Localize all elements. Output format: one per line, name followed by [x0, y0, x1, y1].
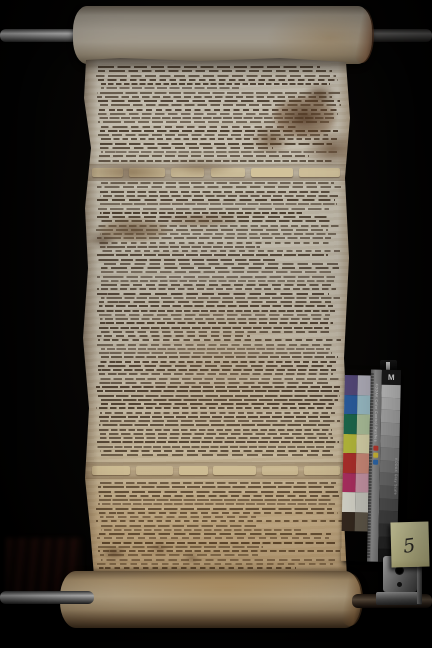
color-patch-row	[342, 492, 368, 512]
color-patch	[357, 414, 370, 434]
manuscript-text-block-2	[96, 182, 342, 458]
manuscript-text-line	[99, 352, 332, 354]
seam-repair-tab	[136, 466, 173, 475]
manuscript-text-line	[97, 199, 335, 201]
gray-scale-label: KODAK Gray Scale	[393, 458, 398, 495]
manuscript-text-line	[100, 280, 335, 282]
gray-step	[381, 410, 400, 423]
color-patch-row	[342, 511, 368, 531]
color-patch-row	[343, 433, 369, 453]
manuscript-text-line	[101, 348, 330, 350]
manuscript-text-line	[100, 525, 258, 527]
manuscript-text-line	[98, 331, 329, 333]
manuscript-text-line	[98, 503, 335, 505]
registration-dot	[373, 453, 378, 458]
manuscript-text-line	[99, 138, 338, 140]
manuscript-text-line	[100, 318, 329, 320]
manuscript-text-line	[97, 186, 341, 188]
manuscript-text-line	[97, 237, 331, 239]
manuscript-text-line	[97, 109, 338, 111]
seam-repair-tab	[92, 168, 123, 177]
manuscript-text-line	[100, 191, 332, 193]
color-patch	[342, 511, 355, 531]
seam-repair-tab	[129, 168, 165, 177]
manuscript-text-line	[99, 155, 309, 157]
color-patch-row	[342, 472, 368, 492]
color-patch	[355, 512, 368, 532]
manuscript-text-line	[99, 314, 330, 316]
manuscript-text-line	[100, 220, 331, 222]
manuscript-text-line	[98, 70, 332, 72]
registration-dot	[373, 446, 378, 451]
manuscript-text-line	[99, 361, 337, 363]
manuscript-text-line	[96, 229, 328, 231]
manuscript-text-line	[101, 542, 336, 544]
gray-step	[381, 385, 400, 398]
manuscript-text-line	[100, 246, 260, 248]
manuscript-text-line	[99, 382, 331, 384]
manuscript-text-line	[96, 386, 340, 388]
manuscript-text-line	[97, 288, 336, 290]
manuscript-text-line	[99, 429, 332, 431]
manuscript-text-line	[100, 412, 335, 414]
manuscript-text-line	[98, 369, 336, 371]
color-chart-label: KODAK Color Control Patches	[373, 384, 378, 442]
manuscript-text-block-3	[96, 482, 342, 571]
manuscript-text-line	[100, 482, 336, 484]
manuscript-text-line	[97, 491, 340, 493]
manuscript-text-line	[96, 407, 332, 409]
manuscript-text-line	[101, 151, 337, 153]
gray-step	[381, 397, 400, 410]
manuscript-text-line	[100, 516, 256, 518]
manuscript-text-line	[100, 143, 332, 145]
manuscript-text-line	[98, 121, 329, 123]
manuscript-text-line	[97, 563, 333, 565]
color-patch	[344, 375, 357, 395]
manuscript-text-line	[98, 113, 338, 115]
manuscript-text-line	[101, 356, 338, 358]
manuscript-text-block-1	[96, 66, 342, 164]
manuscript-text-line	[99, 327, 329, 329]
manuscript-text-line	[98, 79, 338, 81]
manuscript-text-line	[97, 96, 332, 98]
manuscript-text-line	[101, 559, 335, 561]
seam-repair-tab	[213, 466, 256, 475]
sticky-note-number: 5	[402, 534, 417, 557]
manuscript-text-line	[99, 301, 331, 303]
manuscript-text-line	[100, 104, 341, 106]
manuscript-text-line	[100, 233, 336, 235]
manuscript-text-line	[101, 399, 338, 401]
color-patch	[343, 433, 356, 453]
manuscript-text-line	[99, 305, 333, 307]
color-patch	[357, 375, 370, 395]
manuscript-text-line	[100, 195, 338, 197]
manuscript-text-line	[101, 403, 334, 405]
roll-end-cap	[350, 7, 374, 63]
color-patch	[355, 473, 368, 493]
manuscript-text-line	[99, 454, 335, 456]
color-patch	[344, 394, 357, 414]
scroll-roll-bottom	[60, 571, 361, 628]
manuscript-text-line	[97, 225, 340, 227]
manuscript-text-line	[97, 335, 250, 337]
manuscript-text-line	[97, 293, 329, 295]
manuscript-text-line	[97, 537, 329, 539]
manuscript-text-line	[99, 495, 339, 497]
manuscript-text-line	[100, 433, 332, 435]
manuscript-text-line	[99, 512, 338, 514]
manuscript-text-line	[101, 182, 334, 184]
seam-repair-tab	[304, 466, 340, 475]
manuscript-text-line	[96, 520, 342, 522]
manuscript-text-line	[97, 254, 328, 256]
manuscript-text-line	[98, 546, 263, 548]
manuscript-text-line	[100, 420, 340, 422]
manuscript-text-line	[97, 446, 335, 448]
clamp-hole-small	[397, 582, 402, 587]
manuscript-text-line	[98, 416, 331, 418]
manuscript-text-line	[101, 83, 330, 85]
manuscript-text-line	[100, 271, 333, 273]
color-patch	[343, 453, 356, 473]
membrane-seam-1	[82, 164, 350, 181]
manuscript-text-line	[100, 554, 258, 556]
manuscript-text-line	[98, 117, 334, 119]
manuscript-text-line	[96, 508, 332, 510]
manuscript-text-line	[101, 267, 339, 269]
manuscript-text-line	[98, 242, 331, 244]
color-patch	[344, 414, 357, 434]
registration-dots	[373, 446, 378, 465]
manuscript-text-line	[98, 134, 328, 136]
manuscript-text-line	[98, 550, 340, 552]
manuscript-text-line	[97, 259, 276, 261]
color-patch-grid	[342, 375, 371, 532]
color-patch	[356, 453, 369, 473]
seam-repair-tab	[299, 168, 340, 177]
seam-repair-tab	[262, 466, 298, 475]
manuscript-text-line	[98, 160, 333, 162]
manuscript-text-line	[97, 441, 339, 443]
color-patch-row	[344, 394, 370, 414]
manuscript-text-line	[99, 567, 296, 569]
manuscript-text-line	[100, 130, 338, 132]
photo-scene: KODAK Color Control Patches M KODAK Gray…	[0, 0, 432, 648]
manuscript-text-line	[97, 276, 335, 278]
manuscript-text-line	[99, 378, 340, 380]
manuscript-text-line	[98, 208, 329, 210]
color-patch	[342, 492, 355, 512]
stand-rod-bottom-left	[0, 591, 94, 604]
clamp-foot-plate	[376, 592, 422, 605]
manuscript-text-line	[100, 263, 338, 265]
seam-repair-tab	[251, 168, 293, 177]
sticky-note: 5	[390, 522, 429, 568]
manuscript-text-line	[101, 87, 239, 89]
manuscript-text-line	[97, 390, 339, 392]
registration-dot	[373, 460, 378, 465]
scroll-roll-top	[73, 6, 372, 64]
manuscript-text-line	[99, 533, 331, 535]
manuscript-text-line	[97, 310, 335, 312]
manuscript-text-line	[96, 216, 329, 218]
manuscript-text-line	[99, 499, 332, 501]
manuscript-text-line	[99, 424, 330, 426]
seam-repair-tab	[211, 168, 245, 177]
manuscript-text-line	[98, 100, 340, 102]
membrane-seam-2	[82, 462, 350, 479]
color-patch-row	[343, 453, 369, 473]
manuscript-text-line	[98, 395, 340, 397]
manuscript-text-line	[100, 437, 333, 439]
rod-shadow	[366, 29, 432, 42]
manuscript-text-line	[100, 322, 333, 324]
color-patch	[356, 434, 369, 454]
manuscript-text-line	[101, 297, 340, 299]
manuscript-text-line	[100, 250, 341, 252]
color-patch-row	[344, 375, 370, 395]
seam-repair-tab	[171, 168, 204, 177]
manuscript-text-line	[96, 344, 334, 346]
manuscript-text-line	[100, 212, 302, 214]
gray-step	[379, 499, 398, 512]
manuscript-text-line	[98, 365, 332, 367]
manuscript-text-line	[100, 203, 337, 205]
manuscript-text-line	[98, 486, 334, 488]
gray-scale-marker: M	[382, 370, 401, 385]
color-patch	[357, 395, 370, 415]
seam-repair-tab	[179, 466, 208, 475]
seam-repair-tab	[92, 466, 130, 475]
manuscript-text-line	[100, 284, 334, 286]
color-patch	[355, 492, 368, 512]
manuscript-text-line	[101, 126, 299, 128]
manuscript-text-line	[98, 339, 341, 341]
manuscript-text-line	[101, 529, 301, 531]
color-patch-row	[344, 414, 370, 434]
manuscript-text-line	[100, 147, 273, 149]
manuscript-text-line	[99, 373, 333, 375]
manuscript-text-line	[98, 66, 320, 68]
parchment-sheet	[80, 58, 352, 578]
manuscript-text-line	[100, 450, 330, 452]
color-patch	[342, 472, 355, 492]
gray-step	[381, 423, 400, 436]
manuscript-text-line	[97, 92, 340, 94]
gray-step	[380, 435, 399, 448]
manuscript-text-line	[96, 75, 336, 77]
